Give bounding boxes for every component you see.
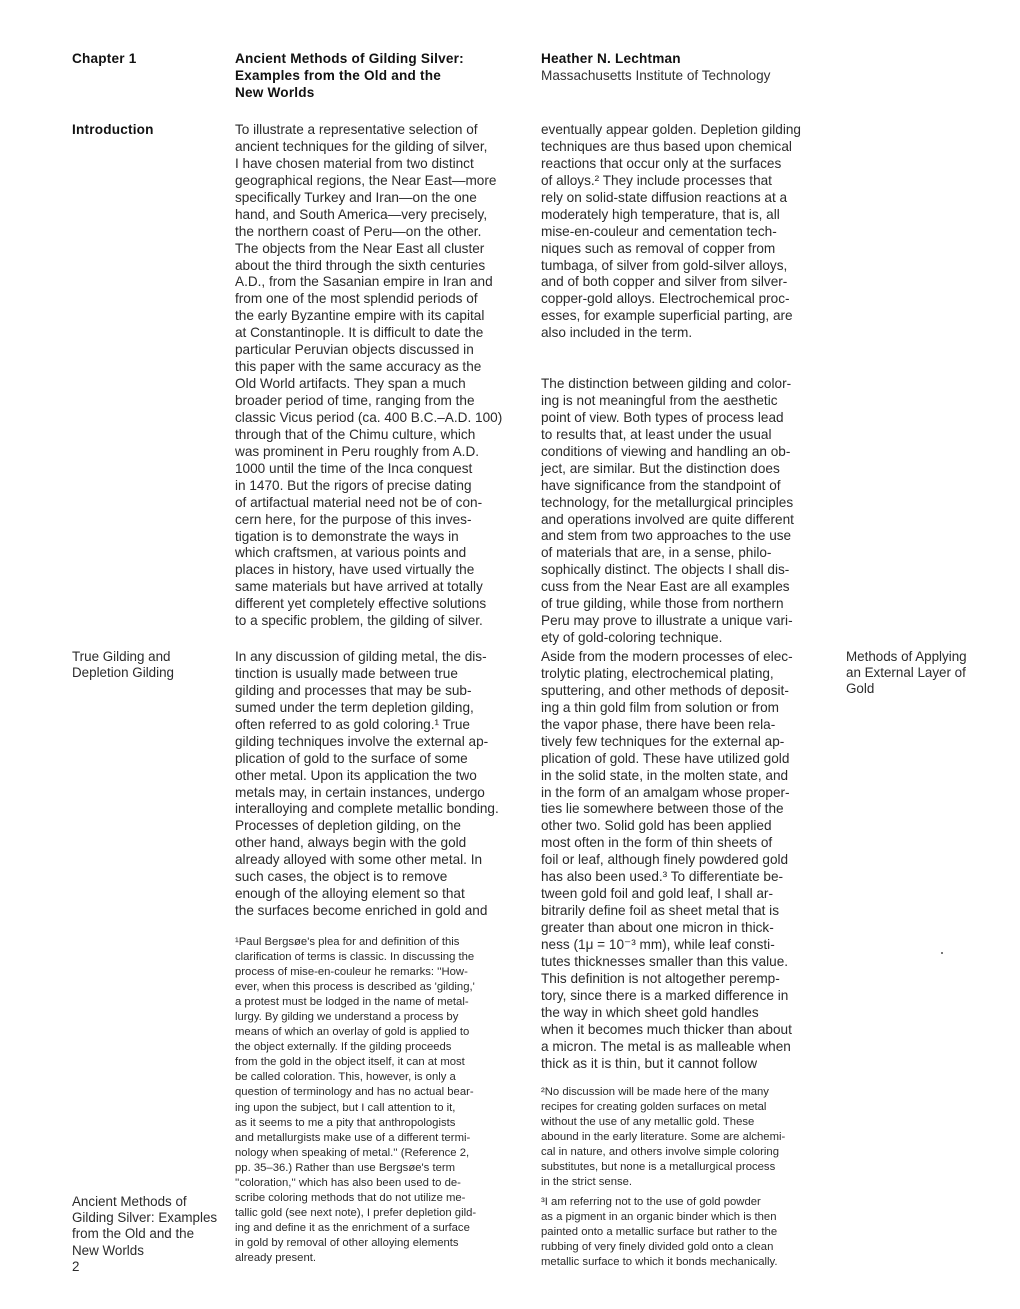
text-line: the surfaces become enriched in gold and xyxy=(235,903,525,920)
title-line: Ancient Methods of Gilding Silver: xyxy=(235,51,525,68)
text-line: To illustrate a representative selection… xyxy=(235,122,525,139)
text-line: recipes for creating golden surfaces on … xyxy=(541,1100,831,1115)
text-line: classic Vicus period (ca. 400 B.C.–A.D. … xyxy=(235,410,525,427)
text-line: geographical regions, the Near East—more xyxy=(235,173,525,190)
text-line: process of mise-en-couleur he remarks: '… xyxy=(235,965,525,980)
page-number: 2 xyxy=(72,1259,222,1275)
text-line: enough of the alloying element so that xyxy=(235,886,525,903)
true-gilding-paragraph: In any discussion of gilding metal, the … xyxy=(235,649,525,920)
text-line: techniques are thus based upon chemical xyxy=(541,139,831,156)
introduction-paragraph: To illustrate a representative selection… xyxy=(235,122,525,630)
text-line: clarification of terms is classic. In di… xyxy=(235,950,525,965)
text-line: also included in the term. xyxy=(541,325,831,342)
text-line: trolytic plating, electrochemical platin… xyxy=(541,666,831,683)
text-line: ing and define it as the enrichment of a… xyxy=(235,1221,525,1236)
text-line: I have chosen material from two distinct xyxy=(235,156,525,173)
text-line: A.D., from the Sasanian empire in Iran a… xyxy=(235,274,525,291)
text-line: tutes thicknesses smaller than this valu… xyxy=(541,954,831,971)
text-line: Peru may prove to illustrate a unique va… xyxy=(541,613,831,630)
text-line: gilding techniques involve the external … xyxy=(235,734,525,751)
title-line: New Worlds xyxy=(235,85,525,102)
text-line: ness (1μ = 10⁻³ mm), while leaf consti- xyxy=(541,937,831,954)
text-line: the early Byzantine empire with its capi… xyxy=(235,308,525,325)
text-line: places in history, have used virtually t… xyxy=(235,562,525,579)
text-line: gilding and processes that may be sub- xyxy=(235,683,525,700)
text-line: ever, when this process is described as … xyxy=(235,980,525,995)
text-line: ject, are similar. But the distinction d… xyxy=(541,461,831,478)
text-line: thick as it is thin, but it cannot follo… xyxy=(541,1056,831,1073)
text-line: a micron. The metal is as malleable when xyxy=(541,1039,831,1056)
text-line: and metallurgists make use of a differen… xyxy=(235,1131,525,1146)
text-line: metallic surface to which it bonds mecha… xyxy=(541,1255,831,1270)
text-line: The objects from the Near East all clust… xyxy=(235,241,525,258)
text-line: other metal. Upon its application the tw… xyxy=(235,768,525,785)
text-line: particular Peruvian objects discussed in xyxy=(235,342,525,359)
text-line: through that of the Chimu culture, which xyxy=(235,427,525,444)
article-title: Ancient Methods of Gilding Silver: Examp… xyxy=(235,51,525,101)
text-line: at Constantinople. It is difficult to da… xyxy=(235,325,525,342)
text-line: about the third through the sixth centur… xyxy=(235,258,525,275)
text-line: often referred to as gold coloring.¹ Tru… xyxy=(235,717,525,734)
text-line: Processes of depletion gilding, on the xyxy=(235,818,525,835)
text-line: conditions of viewing and handling an ob… xyxy=(541,444,831,461)
text-line: ing upon the subject, but I call attenti… xyxy=(235,1101,525,1116)
distinction-paragraph: The distinction between gilding and colo… xyxy=(541,376,831,647)
heading-line: Methods of Applying xyxy=(846,649,1006,665)
text-line: ¹Paul Bergsøe's plea for and definition … xyxy=(235,935,525,950)
heading-line: an External Layer of xyxy=(846,665,1006,681)
text-line: ety of gold-coloring technique. xyxy=(541,630,831,647)
text-line: same materials but have arrived at total… xyxy=(235,579,525,596)
text-line: a protest must be lodged in the name of … xyxy=(235,995,525,1010)
text-line: in the solid state, in the molten state,… xyxy=(541,768,831,785)
text-line: plication of gold to the surface of some xyxy=(235,751,525,768)
text-line: tween gold foil and gold leaf, I shall a… xyxy=(541,886,831,903)
text-line: other two. Solid gold has been applied xyxy=(541,818,831,835)
text-line: this paper with the same accuracy as the xyxy=(235,359,525,376)
author-affiliation: Massachusetts Institute of Technology xyxy=(541,68,831,85)
text-line: tallic gold (see next note), I prefer de… xyxy=(235,1206,525,1221)
text-line: the way in which sheet gold handles xyxy=(541,1005,831,1022)
text-line: In any discussion of gilding metal, the … xyxy=(235,649,525,666)
text-line: from one of the most splendid periods of xyxy=(235,291,525,308)
text-line: most often in the form of thin sheets of xyxy=(541,835,831,852)
text-line: greater than about one micron in thick- xyxy=(541,920,831,937)
text-line: This definition is not altogether peremp… xyxy=(541,971,831,988)
text-line: in 1470. But the rigors of precise datin… xyxy=(235,478,525,495)
text-line: ties lie somewhere between those of the xyxy=(541,801,831,818)
text-line: which craftsmen, at various points and xyxy=(235,545,525,562)
section-heading-external-layer: Methods of Applying an External Layer of… xyxy=(846,649,1006,698)
footnote-2: ²No discussion will be made here of the … xyxy=(541,1085,831,1190)
text-line: tumbaga, of silver from gold-silver allo… xyxy=(541,258,831,275)
text-line: sumed under the term depletion gilding, xyxy=(235,700,525,717)
text-line: esses, for example superficial parting, … xyxy=(541,308,831,325)
heading-line: Gold xyxy=(846,681,1006,697)
text-line: foil or leaf, although finely powdered g… xyxy=(541,852,831,869)
text-line: the vapor phase, there have been rela- xyxy=(541,717,831,734)
text-line: other hand, always begin with the gold xyxy=(235,835,525,852)
text-line: tinction is usually made between true xyxy=(235,666,525,683)
text-line: ancient techniques for the gilding of si… xyxy=(235,139,525,156)
external-layer-paragraph: Aside from the modern processes of elec-… xyxy=(541,649,831,1072)
text-line: to results that, at least under the usua… xyxy=(541,427,831,444)
text-line: 1000 until the time of the Inca conquest xyxy=(235,461,525,478)
text-line: in gold by removal of other alloying ele… xyxy=(235,1236,525,1251)
text-line: as it seems to me a pity that anthropolo… xyxy=(235,1116,525,1131)
text-line: and of both copper and silver from silve… xyxy=(541,274,831,291)
section-heading-true-gilding: True Gilding and Depletion Gilding xyxy=(72,649,222,681)
text-line: of artifactual material need not be of c… xyxy=(235,495,525,512)
text-line: hand, and South America—very precisely, xyxy=(235,207,525,224)
scan-speck xyxy=(941,952,943,954)
text-line: cal in nature, and others involve simple… xyxy=(541,1145,831,1160)
text-line: technology, for the metallurgical princi… xyxy=(541,495,831,512)
heading-line: True Gilding and xyxy=(72,649,222,665)
text-line: interalloying and complete metallic bond… xyxy=(235,801,525,818)
text-line: question of terminology and has no actua… xyxy=(235,1085,525,1100)
text-line: to a specific problem, the gilding of si… xyxy=(235,613,525,630)
text-line: in the form of an amalgam whose proper- xyxy=(541,785,831,802)
text-line: specifically Turkey and Iran—on the one xyxy=(235,190,525,207)
text-line: rubbing of very finely divided gold onto… xyxy=(541,1240,831,1255)
footer-line: Ancient Methods of xyxy=(72,1194,222,1210)
text-line: tively few techniques for the external a… xyxy=(541,734,831,751)
text-line: cuss from the Near East are all examples xyxy=(541,579,831,596)
footer-line: from the Old and the xyxy=(72,1226,222,1242)
text-line: have significance from the standpoint of xyxy=(541,478,831,495)
text-line: point of view. Both types of process lea… xyxy=(541,410,831,427)
text-line: of alloys.² They include processes that xyxy=(541,173,831,190)
text-line: metals may, in certain instances, underg… xyxy=(235,785,525,802)
text-line: painted onto a metallic surface but rath… xyxy=(541,1225,831,1240)
text-line: different yet completely effective solut… xyxy=(235,596,525,613)
text-line: The distinction between gilding and colo… xyxy=(541,376,831,393)
text-line: such cases, the object is to remove xyxy=(235,869,525,886)
footer-line: Gilding Silver: Examples xyxy=(72,1210,222,1226)
text-line: mise-en-couleur and cementation tech- xyxy=(541,224,831,241)
text-line: broader period of time, ranging from the xyxy=(235,393,525,410)
section-heading-introduction: Introduction xyxy=(72,122,222,139)
text-line: and stem from two approaches to the use xyxy=(541,528,831,545)
text-line: when it becomes much thicker than about xyxy=(541,1022,831,1039)
text-line: already alloyed with some other metal. I… xyxy=(235,852,525,869)
text-line: has also been used.³ To differentiate be… xyxy=(541,869,831,886)
text-line: already present. xyxy=(235,1251,525,1266)
text-line: pp. 35–36.) Rather than use Bergsøe's te… xyxy=(235,1161,525,1176)
text-line: ing is not meaningful from the aesthetic xyxy=(541,393,831,410)
author-block: Heather N. Lechtman Massachusetts Instit… xyxy=(541,51,831,85)
text-line: scribe coloring methods that do not util… xyxy=(235,1191,525,1206)
text-line: niques such as removal of copper from xyxy=(541,241,831,258)
text-line: from the gold in the object itself, it c… xyxy=(235,1055,525,1070)
footnote-1: ¹Paul Bergsøe's plea for and definition … xyxy=(235,935,525,1266)
text-line: of true gilding, while those from northe… xyxy=(541,596,831,613)
text-line: substitutes, but none is a metallurgical… xyxy=(541,1160,831,1175)
text-line: reactions that occur only at the surface… xyxy=(541,156,831,173)
footer-line: New Worlds xyxy=(72,1243,222,1259)
text-line: moderately high temperature, that is, al… xyxy=(541,207,831,224)
text-line: ing a thin gold film from solution or fr… xyxy=(541,700,831,717)
text-line: be called coloration. This, however, is … xyxy=(235,1070,525,1085)
text-line: nology when speaking of metal.'' (Refere… xyxy=(235,1146,525,1161)
text-line: Old World artifacts. They span a much xyxy=(235,376,525,393)
text-line: lurgy. By gilding we understand a proces… xyxy=(235,1010,525,1025)
text-line: sophically distinct. The objects I shall… xyxy=(541,562,831,579)
text-line: plication of gold. These have utilized g… xyxy=(541,751,831,768)
chapter-label: Chapter 1 xyxy=(72,51,222,68)
text-line: of materials that are, in a sense, philo… xyxy=(541,545,831,562)
depletion-paragraph: eventually appear golden. Depletion gild… xyxy=(541,122,831,342)
text-line: eventually appear golden. Depletion gild… xyxy=(541,122,831,139)
running-footer: Ancient Methods of Gilding Silver: Examp… xyxy=(72,1194,222,1275)
text-line: and operations involved are quite differ… xyxy=(541,512,831,529)
text-line: in the strict sense. xyxy=(541,1175,831,1190)
text-line: the northern coast of Peru—on the other. xyxy=(235,224,525,241)
text-line: Aside from the modern processes of elec- xyxy=(541,649,831,666)
text-line: abound in the early literature. Some are… xyxy=(541,1130,831,1145)
text-line: cern here, for the purpose of this inves… xyxy=(235,512,525,529)
text-line: bitrarily define foil as sheet metal tha… xyxy=(541,903,831,920)
text-line: ³I am referring not to the use of gold p… xyxy=(541,1195,831,1210)
text-line: without the use of any metallic gold. Th… xyxy=(541,1115,831,1130)
text-line: the object externally. If the gilding pr… xyxy=(235,1040,525,1055)
heading-line: Depletion Gilding xyxy=(72,665,222,681)
text-line: tigation is to demonstrate the ways in xyxy=(235,529,525,546)
text-line: copper-gold alloys. Electrochemical proc… xyxy=(541,291,831,308)
title-line: Examples from the Old and the xyxy=(235,68,525,85)
footnote-3: ³I am referring not to the use of gold p… xyxy=(541,1195,831,1270)
text-line: ²No discussion will be made here of the … xyxy=(541,1085,831,1100)
text-line: rely on solid-state diffusion reactions … xyxy=(541,190,831,207)
text-line: was prominent in Peru roughly from A.D. xyxy=(235,444,525,461)
text-line: as a pigment in an organic binder which … xyxy=(541,1210,831,1225)
text-line: ''coloration,'' which has also been used… xyxy=(235,1176,525,1191)
text-line: tory, since there is a marked difference… xyxy=(541,988,831,1005)
text-line: sputtering, and other methods of deposit… xyxy=(541,683,831,700)
text-line: means of which an overlay of gold is app… xyxy=(235,1025,525,1040)
author-name: Heather N. Lechtman xyxy=(541,51,831,68)
